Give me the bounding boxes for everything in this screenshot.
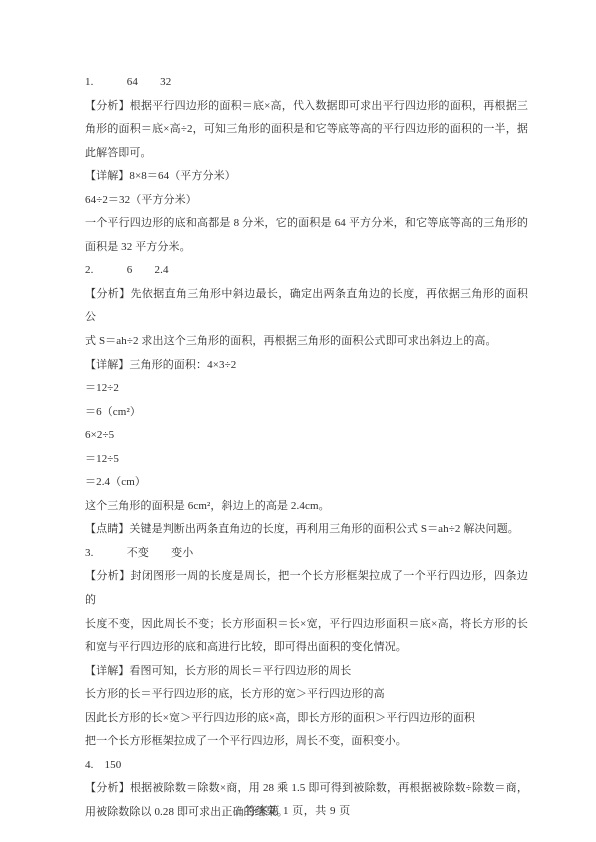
answer-line-15: 6×2÷5 xyxy=(85,424,528,448)
answer-line-12: 【详解】三角形的面积：4×3÷2 xyxy=(85,354,528,378)
answer-line-5: 【详解】8×8＝64（平方分米） xyxy=(85,165,528,189)
answer-line-16: ＝12÷5 xyxy=(85,448,528,472)
answer-line-3: 角形的面积＝底×高÷2，可知三角形的面积是和它等底等高的平行四边形的面积的一半，… xyxy=(85,118,528,142)
answer-line-21: 【分析】封闭图形一周的长度是周长，把一个长方形框架拉成了一个平行四边形，四条边的 xyxy=(85,565,528,612)
answer-line-28: 4. 150 xyxy=(85,754,528,778)
answer-line-29: 【分析】根据被除数＝除数×商，用 28 乘 1.5 即可得到被除数，再根据被除数… xyxy=(85,777,528,801)
answer-line-25: 长方形的长＝平行四边形的底，长方形的宽＞平行四边形的高 xyxy=(85,683,528,707)
answer-line-2: 【分析】根据平行四边形的面积＝底×高，代入数据即可求出平行四边形的面积，再根据三 xyxy=(85,95,528,119)
answer-content: 1. 64 32【分析】根据平行四边形的面积＝底×高，代入数据即可求出平行四边形… xyxy=(85,71,528,825)
answer-line-27: 把一个长方形框架拉成了一个平行四边形，周长不变，面积变小。 xyxy=(85,730,528,754)
answer-line-14: ＝6（cm²） xyxy=(85,401,528,425)
answer-line-4: 此解答即可。 xyxy=(85,142,528,166)
answer-line-17: ＝2.4（cm） xyxy=(85,471,528,495)
answer-line-26: 因此长方形的长×宽＞平行四边形的底×高，即长方形的面积＞平行四边形的面积 xyxy=(85,707,528,731)
answer-line-7: 一个平行四边形的底和高都是 8 分米，它的面积是 64 平方分米，和它等底等高的… xyxy=(85,212,528,236)
answer-line-20: 3. 不变 变小 xyxy=(85,542,528,566)
answer-line-8: 面积是 32 平方分米。 xyxy=(85,236,528,260)
answer-line-1: 1. 64 32 xyxy=(85,71,528,95)
document-page: 1. 64 32【分析】根据平行四边形的面积＝底×高，代入数据即可求出平行四边形… xyxy=(0,0,596,842)
answer-line-24: 【详解】看图可知，长方形的周长＝平行四边形的周长 xyxy=(85,660,528,684)
page-footer: 答案第 1 页，共 9 页 xyxy=(0,802,596,818)
answer-line-13: ＝12÷2 xyxy=(85,377,528,401)
answer-line-18: 这个三角形的面积是 6cm²，斜边上的高是 2.4cm。 xyxy=(85,495,528,519)
answer-line-6: 64÷2＝32（平方分米） xyxy=(85,189,528,213)
answer-line-9: 2. 6 2.4 xyxy=(85,259,528,283)
answer-line-22: 长度不变，因此周长不变；长方形面积＝长×宽，平行四边形面积＝底×高，将长方形的长 xyxy=(85,613,528,637)
answer-line-23: 和宽与平行四边形的底和高进行比较，即可得出面积的变化情况。 xyxy=(85,636,528,660)
answer-line-10: 【分析】先依据直角三角形中斜边最长，确定出两条直角边的长度，再依据三角形的面积公 xyxy=(85,283,528,330)
answer-line-19: 【点睛】关键是判断出两条直角边的长度，再利用三角形的面积公式 S＝ah÷2 解决… xyxy=(85,518,528,542)
answer-line-11: 式 S＝ah÷2 求出这个三角形的面积，再根据三角形的面积公式即可求出斜边上的高… xyxy=(85,330,528,354)
